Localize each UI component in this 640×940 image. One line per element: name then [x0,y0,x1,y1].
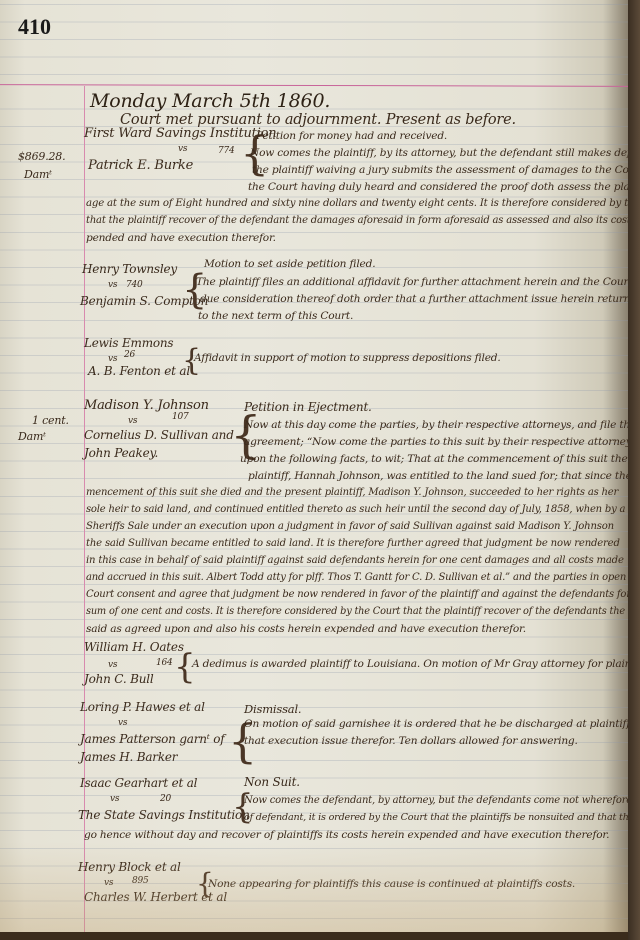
entry-line: mencement of this suit she died and the … [86,487,618,498]
entry-heading: Motion to set aside petition filed. [204,258,375,270]
defendant-name-2: James H. Barker [80,750,177,764]
page-number: 410 [18,14,51,40]
entry-line: in this case in behalf of said plaintiff… [86,555,624,566]
entry-line: pended and have execution therefor. [86,232,276,244]
versus-mark: vs [178,144,187,154]
entry-line: sole heir to said land, and continued en… [86,504,625,515]
margin-label: Damᵗ [24,168,52,181]
entry-line: Sheriffs Sale under an execution upon a … [86,521,614,532]
entry-line: of defendant, it is ordered by the Court… [244,812,628,823]
header-rule [0,84,628,88]
entry-line: the plaintiff waiving a jury submits the… [252,164,628,176]
date-heading: Monday March 5th 1860. [90,90,330,112]
defendant-name: A. B. Fenton et al [88,364,190,378]
entry-line: None appearing for plaintiffs this cause… [208,878,575,890]
entry-heading: Petition in Ejectment. [244,400,372,414]
ledger-page: 410 Monday March 5th 1860. Court met pur… [0,0,628,940]
plaintiff-name: Loring P. Hawes et al [80,700,205,714]
case-number: 20 [160,794,171,804]
entry-line: and accrued in this suit. Albert Todd at… [86,572,626,583]
case-number: 774 [218,146,235,156]
case-number: 895 [132,876,149,886]
entry-heading: Petition for money had and received. [256,130,447,142]
versus-mark: vs [108,660,117,670]
entry-line: sum of one cent and costs. It is therefo… [86,606,628,617]
defendant-name: Patrick E. Burke [88,158,193,173]
entry-line: that execution issue therefor. Ten dolla… [244,735,578,747]
plaintiff-name: Madison Y. Johnson [84,398,209,413]
entry-heading: Dismissal. [244,702,301,716]
entry-line: Affidavit in support of motion to suppre… [194,352,501,364]
entry-line: Now comes the defendant, by attorney, bu… [244,795,628,806]
case-number: 164 [156,658,173,668]
defendant-name: Cornelius D. Sullivan and [84,428,234,442]
entry-line: On motion of said garnishee it is ordere… [244,718,628,730]
versus-mark: vs [108,280,117,290]
entry-line: go hence without day and recover of plai… [84,829,609,841]
margin-amount: $869.28. [18,150,65,163]
entry-line: Now comes the plaintiff, by its attorney… [250,147,628,159]
entry-line: Now at this day come the parties, by the… [244,419,628,431]
versus-mark: vs [110,794,119,804]
case-number: 26 [124,350,135,360]
plaintiff-name: Henry Block et al [78,860,181,874]
entry-line: the said Sullivan became entitled to sai… [86,538,620,549]
versus-mark: vs [108,354,117,364]
defendant-name: The State Savings Institution [78,808,250,822]
case-number: 740 [126,280,143,290]
entry-line: age at the sum of Eight hundred and sixt… [86,198,628,209]
entry-line: that the plaintiff recover of the defend… [86,215,628,226]
entry-line: to the next term of this Court. [198,310,353,322]
defendant-name: John C. Bull [84,672,154,686]
plaintiff-name: Lewis Emmons [84,336,173,350]
case-number: 107 [172,412,189,422]
entry-line: agreement; “Now come the parties to this… [244,436,628,448]
entry-line: The plaintiff files an additional affida… [196,276,628,288]
margin-amount: 1 cent. [32,414,69,427]
plaintiff-name: Henry Townsley [82,262,177,276]
entry-line: plaintiff, Hannah Johnson, was entitled … [248,470,628,482]
book-spine-edge [628,0,640,940]
entry-line: due consideration thereof doth order tha… [200,293,628,305]
entry-line: said as agreed upon and also his costs h… [86,623,526,635]
versus-mark: vs [104,878,113,888]
entry-heading: Non Suit. [244,775,300,789]
defendant-name: James Patterson garnᵗ of [80,732,224,746]
entry-line: A dedimus is awarded plaintiff to Louisi… [192,658,628,670]
versus-mark: vs [118,718,127,728]
entry-line: upon the following facts, to wit; That a… [240,453,628,465]
versus-mark: vs [128,416,137,426]
margin-label: Damᵗ [18,430,46,443]
plaintiff-name: William H. Oates [84,640,184,654]
entry-line: the Court having duly heard and consider… [248,181,628,193]
entry-line: Court consent and agree that judgment be… [86,589,628,600]
plaintiff-name: Isaac Gearhart et al [80,776,197,790]
defendant-name-2: John Peakey. [84,446,158,460]
